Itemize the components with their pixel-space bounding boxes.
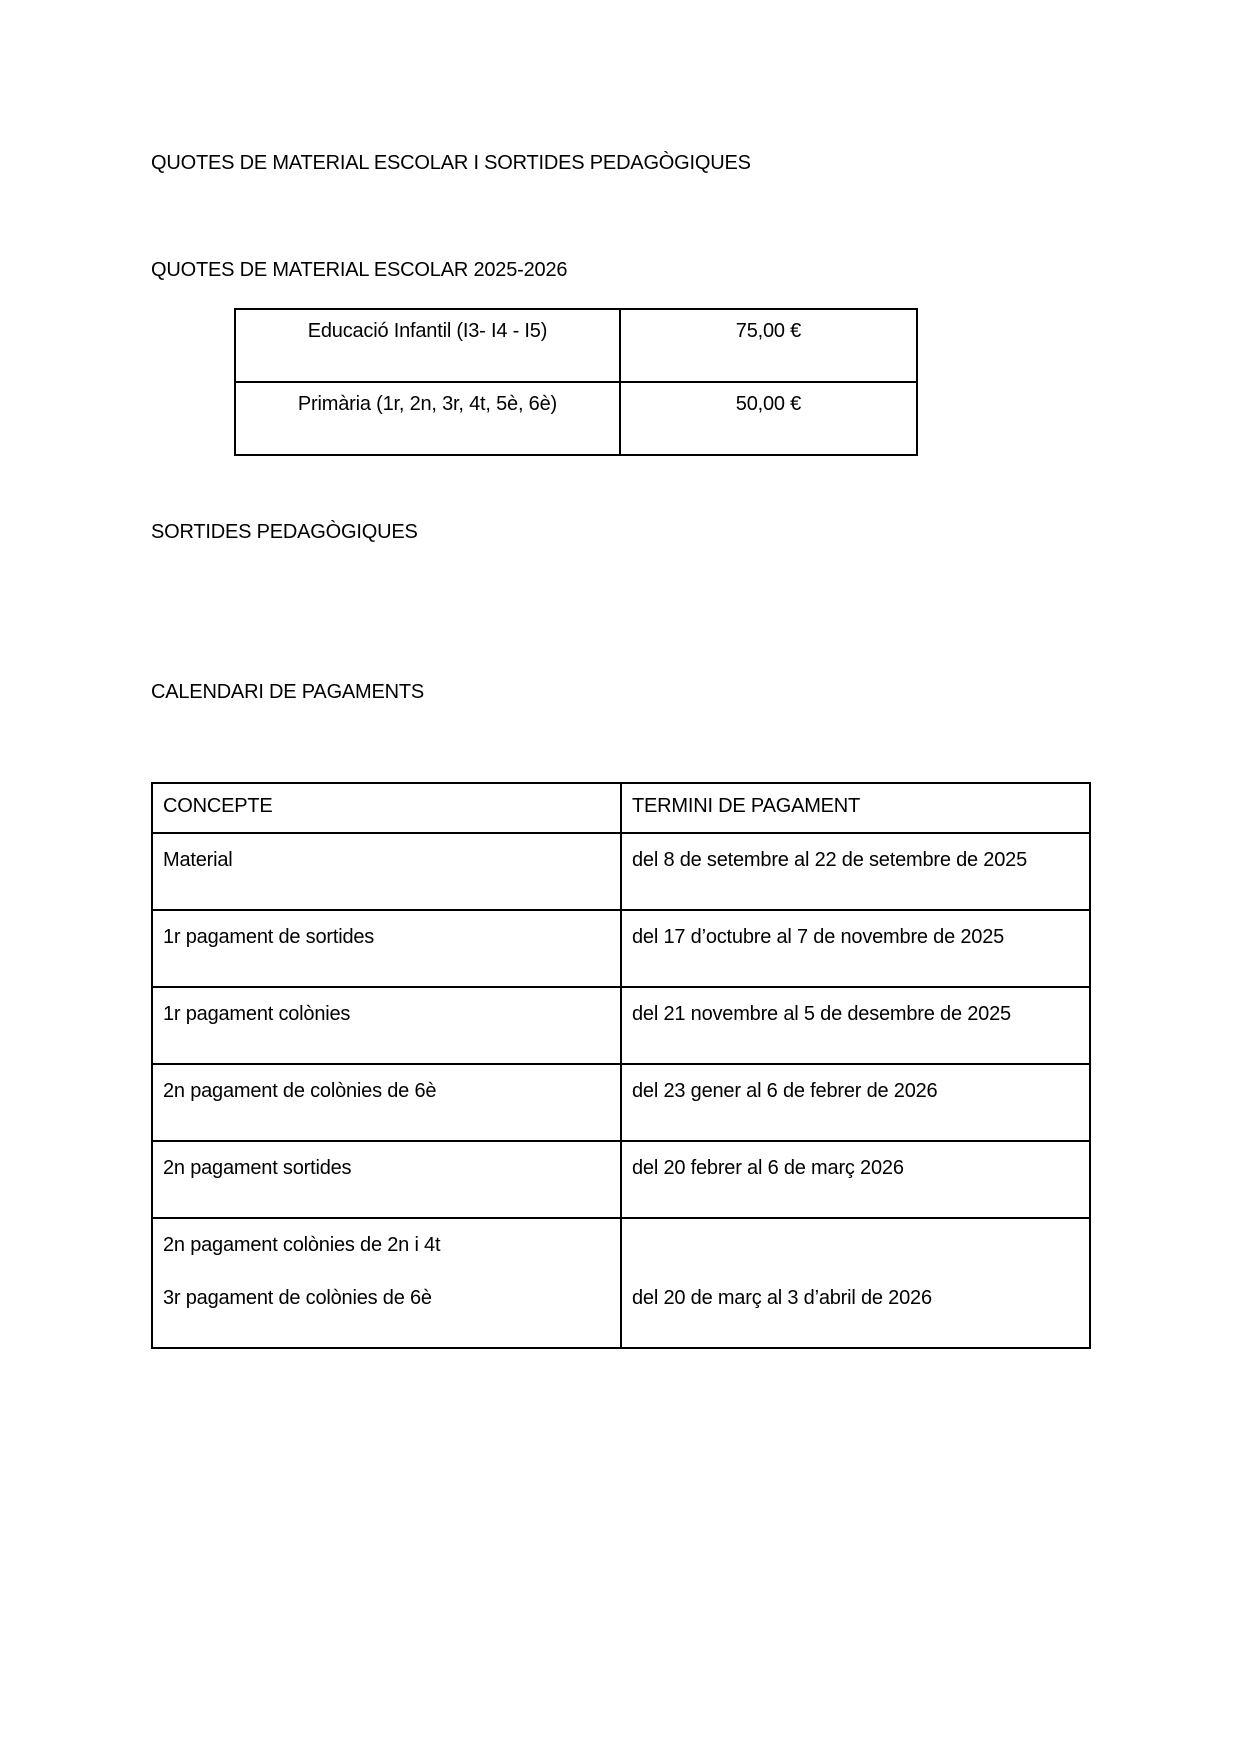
document-title: QUOTES DE MATERIAL ESCOLAR I SORTIDES PE…: [151, 152, 751, 175]
payment-calendar-heading: CALENDARI DE PAGAMENTS: [151, 681, 424, 704]
period-cell: del 17 d’octubre al 7 de novembre de 202…: [621, 910, 1090, 987]
period-cell: del 23 gener al 6 de febrer de 2026: [621, 1064, 1090, 1141]
concept-cell: Material: [152, 833, 621, 910]
concept-cell: 1r pagament colònies: [152, 987, 621, 1064]
table-row: Material del 8 de setembre al 22 de sete…: [152, 833, 1090, 910]
table-row: 2n pagament colònies de 2n i 4t 3r pagam…: [152, 1218, 1090, 1348]
cell-spacer: [632, 1234, 1089, 1257]
fee-level-cell: Primària (1r, 2n, 3r, 4t, 5è, 6è): [235, 382, 620, 455]
concept-line-2: 3r pagament de colònies de 6è: [163, 1287, 620, 1310]
concept-cell: 1r pagament de sortides: [152, 910, 621, 987]
concept-line-1: 2n pagament colònies de 2n i 4t: [163, 1234, 440, 1256]
payment-calendar-table: CONCEPTE TERMINI DE PAGAMENT Material de…: [151, 782, 1091, 1349]
column-header-concept: CONCEPTE: [152, 783, 621, 833]
table-row: 1r pagament de sortides del 17 d’octubre…: [152, 910, 1090, 987]
table-row: Educació Infantil (I3- I4 - I5) 75,00 €: [235, 309, 917, 382]
table-row: 1r pagament colònies del 21 novembre al …: [152, 987, 1090, 1064]
period-text: del 20 de març al 3 d’abril de 2026: [632, 1287, 1089, 1310]
column-header-period: TERMINI DE PAGAMENT: [621, 783, 1090, 833]
table-row: Primària (1r, 2n, 3r, 4t, 5è, 6è) 50,00 …: [235, 382, 917, 455]
material-fees-table: Educació Infantil (I3- I4 - I5) 75,00 € …: [234, 308, 918, 456]
table-header-row: CONCEPTE TERMINI DE PAGAMENT: [152, 783, 1090, 833]
concept-cell: 2n pagament colònies de 2n i 4t 3r pagam…: [152, 1218, 621, 1348]
material-fees-heading: QUOTES DE MATERIAL ESCOLAR 2025-2026: [151, 259, 567, 282]
concept-cell: 2n pagament de colònies de 6è: [152, 1064, 621, 1141]
table-row: 2n pagament de colònies de 6è del 23 gen…: [152, 1064, 1090, 1141]
period-cell: del 20 febrer al 6 de març 2026: [621, 1141, 1090, 1218]
table-row: 2n pagament sortides del 20 febrer al 6 …: [152, 1141, 1090, 1218]
period-cell: del 8 de setembre al 22 de setembre de 2…: [621, 833, 1090, 910]
fee-amount-cell: 75,00 €: [620, 309, 917, 382]
fee-level-cell: Educació Infantil (I3- I4 - I5): [235, 309, 620, 382]
period-cell: del 21 novembre al 5 de desembre de 2025: [621, 987, 1090, 1064]
concept-cell: 2n pagament sortides: [152, 1141, 621, 1218]
fee-amount-cell: 50,00 €: [620, 382, 917, 455]
outings-heading: SORTIDES PEDAGÒGIQUES: [151, 521, 418, 544]
period-cell: del 20 de març al 3 d’abril de 2026: [621, 1218, 1090, 1348]
